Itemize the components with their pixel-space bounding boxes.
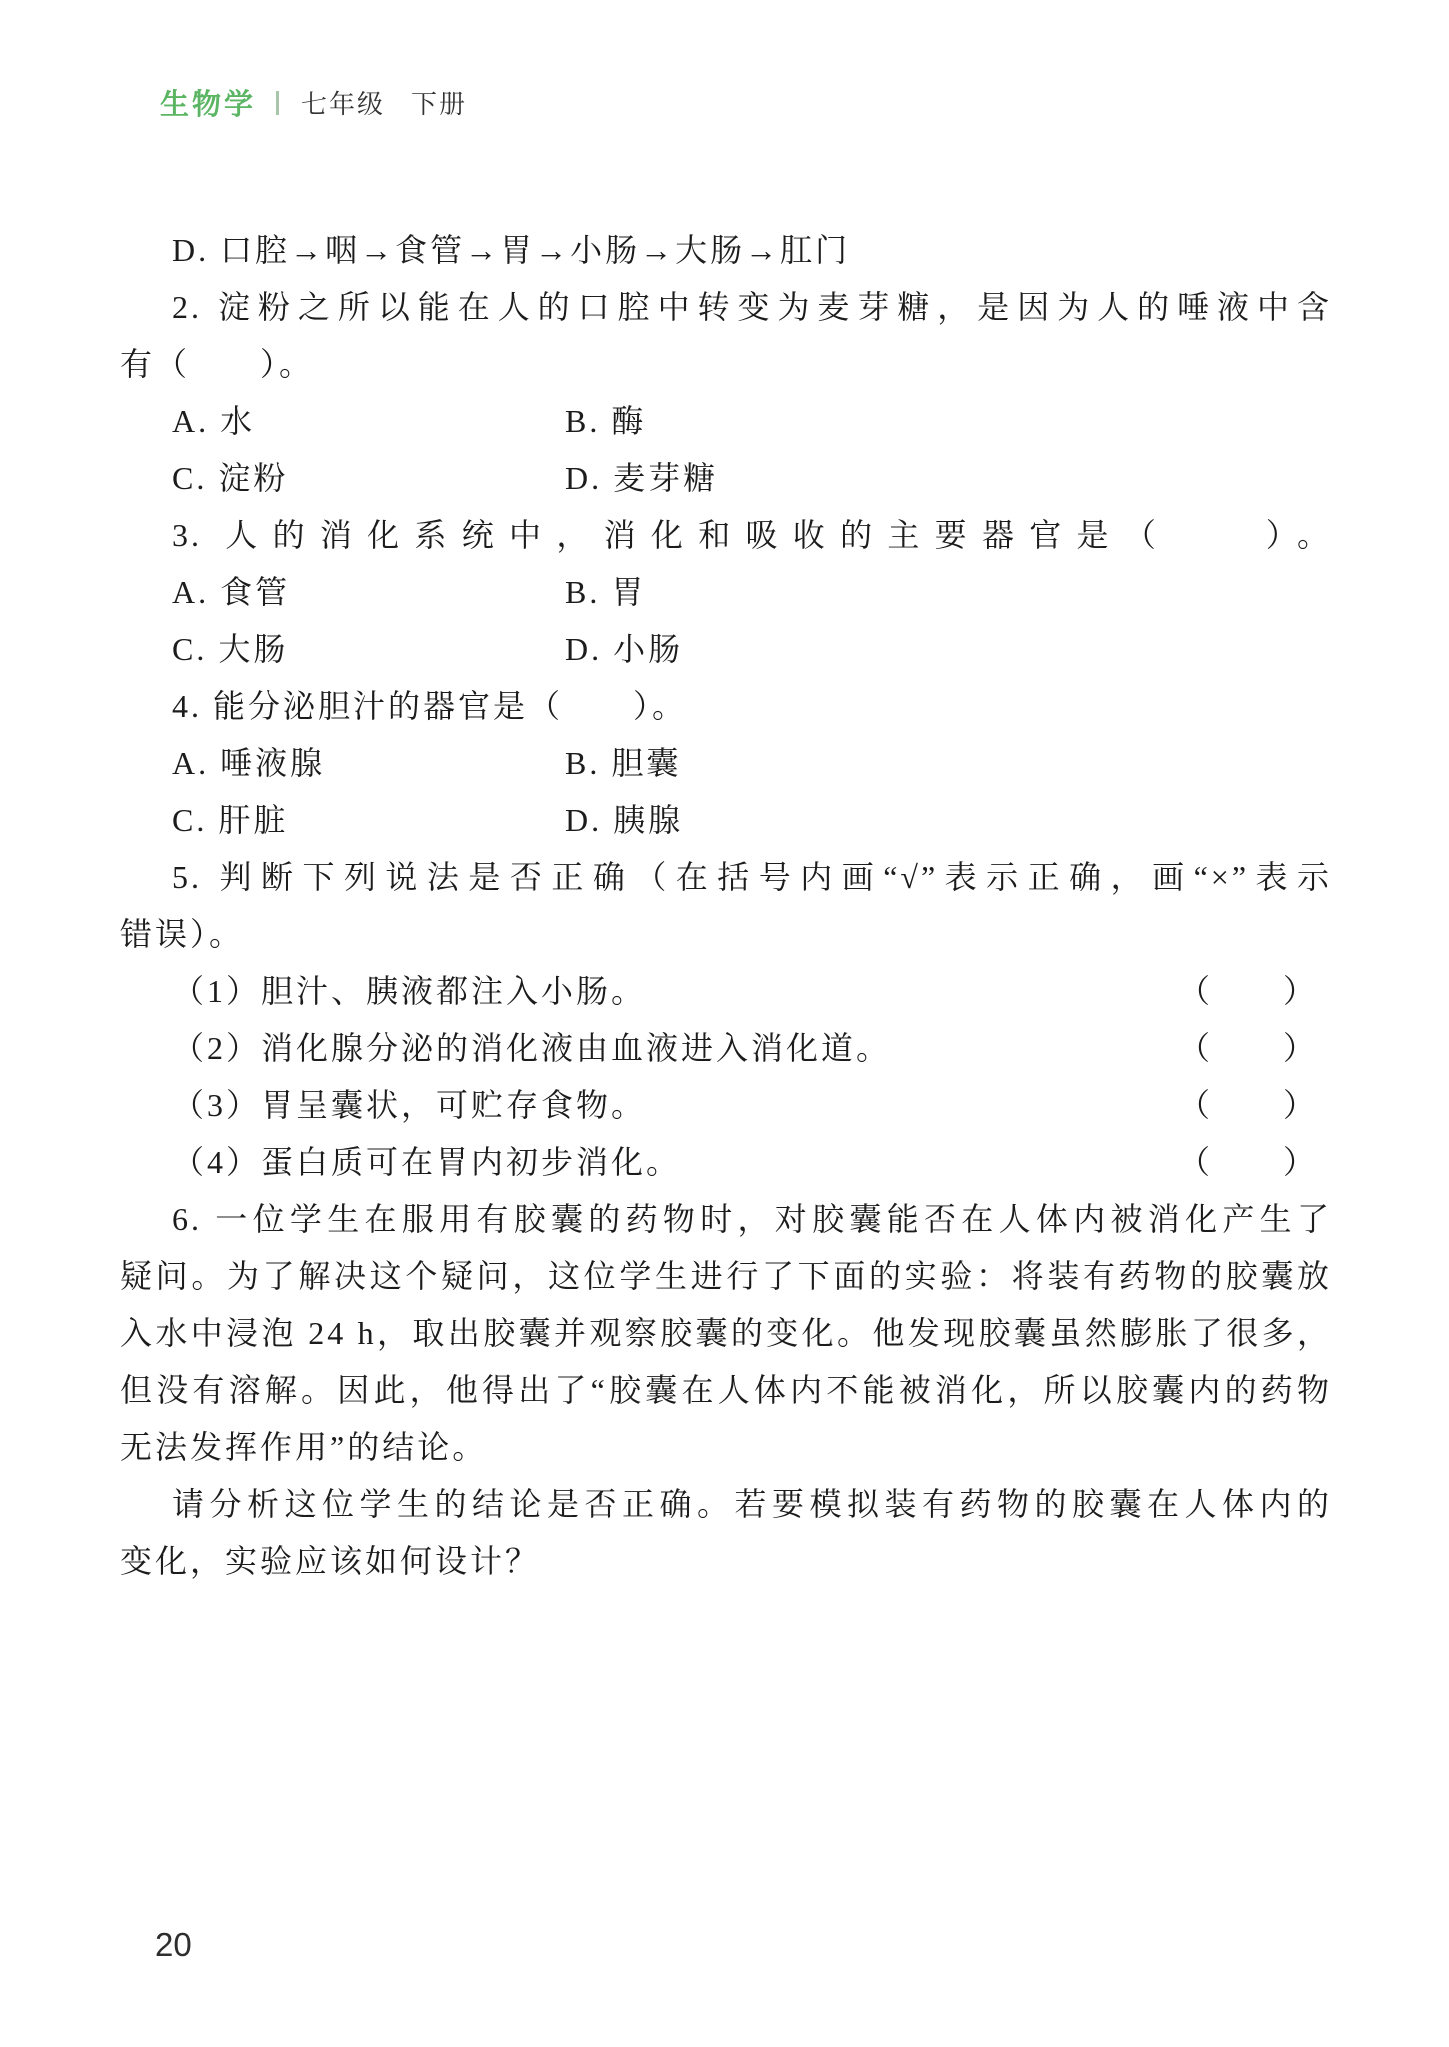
q4-option-c: C. 肝脏 — [172, 792, 565, 849]
q3-option-b: B. 胃 — [565, 564, 1332, 621]
q5-item-2-answer-blank: （ ） — [1178, 1020, 1318, 1077]
q2-stem-line2: 有（ ）。 — [120, 336, 1332, 393]
q5-item-4-text: （4）蛋白质可在胃内初步消化。 — [172, 1134, 681, 1191]
q5-item-2-text: （2）消化腺分泌的消化液由血液进入消化道。 — [172, 1020, 891, 1077]
q2-stem-line1: 2. 淀粉之所以能在人的口腔中转变为麦芽糖，是因为人的唾液中含 — [120, 279, 1332, 336]
page-header: 生物学 七年级 下册 — [160, 82, 467, 123]
q5-item-3: （3）胃呈囊状，可贮存食物。 （ ） — [120, 1077, 1332, 1134]
header-divider — [276, 91, 279, 115]
q5-stem-line1: 5. 判断下列说法是否正确（在括号内画“√”表示正确，画“×”表示 — [120, 849, 1332, 906]
q5-stem-line2: 错误）。 — [120, 906, 1332, 963]
q6-line2: 疑问。为了解决这个疑问，这位学生进行了下面的实验：将装有药物的胶囊放 — [120, 1248, 1332, 1305]
q2-option-c: C. 淀粉 — [172, 450, 565, 507]
q3-options-row-1: A. 食管 B. 胃 — [120, 564, 1332, 621]
q5-item-4: （4）蛋白质可在胃内初步消化。 （ ） — [120, 1134, 1332, 1191]
q5-item-2: （2）消化腺分泌的消化液由血液进入消化道。 （ ） — [120, 1020, 1332, 1077]
textbook-page: 生物学 七年级 下册 D. 口腔→咽→食管→胃→小肠→大肠→肛门 2. 淀粉之所… — [0, 0, 1449, 2047]
closing-line1: 请分析这位学生的结论是否正确。若要模拟装有药物的胶囊在人体内的 — [120, 1476, 1332, 1533]
q2-option-d: D. 麦芽糖 — [565, 450, 1332, 507]
q2-option-a: A. 水 — [172, 393, 565, 450]
exercise-content: D. 口腔→咽→食管→胃→小肠→大肠→肛门 2. 淀粉之所以能在人的口腔中转变为… — [120, 222, 1332, 1590]
q5-item-1: （1）胆汁、胰液都注入小肠。 （ ） — [120, 963, 1332, 1020]
q2-option-b: B. 酶 — [565, 393, 1332, 450]
q3-option-c: C. 大肠 — [172, 621, 565, 678]
q5-item-1-text: （1）胆汁、胰液都注入小肠。 — [172, 963, 646, 1020]
q3-option-d: D. 小肠 — [565, 621, 1332, 678]
q2-options-row-1: A. 水 B. 酶 — [120, 393, 1332, 450]
q5-item-1-answer-blank: （ ） — [1178, 963, 1318, 1020]
q4-options-row-1: A. 唾液腺 B. 胆囊 — [120, 735, 1332, 792]
q6-line3: 入水中浸泡 24 h，取出胶囊并观察胶囊的变化。他发现胶囊虽然膨胀了很多， — [120, 1305, 1332, 1362]
q4-option-a: A. 唾液腺 — [172, 735, 565, 792]
q5-item-3-text: （3）胃呈囊状，可贮存食物。 — [172, 1077, 646, 1134]
closing-line2: 变化，实验应该如何设计？ — [120, 1533, 1332, 1590]
q3-stem: 3. 人的消化系统中，消化和吸收的主要器官是（ ）。 — [120, 507, 1332, 564]
q4-option-d: D. 胰腺 — [565, 792, 1332, 849]
q6-line4: 但没有溶解。因此，他得出了“胶囊在人体内不能被消化，所以胶囊内的药物 — [120, 1362, 1332, 1419]
q3-options-row-2: C. 大肠 D. 小肠 — [120, 621, 1332, 678]
page-number: 20 — [155, 1926, 192, 1964]
q6-line5: 无法发挥作用”的结论。 — [120, 1419, 1332, 1476]
option-d-line: D. 口腔→咽→食管→胃→小肠→大肠→肛门 — [120, 222, 1332, 279]
q5-item-4-answer-blank: （ ） — [1178, 1134, 1318, 1191]
grade-label: 七年级 — [301, 84, 385, 121]
q3-option-a: A. 食管 — [172, 564, 565, 621]
volume-label: 下册 — [411, 84, 467, 121]
q5-item-3-answer-blank: （ ） — [1178, 1077, 1318, 1134]
q4-option-b: B. 胆囊 — [565, 735, 1332, 792]
q6-line1: 6. 一位学生在服用有胶囊的药物时，对胶囊能否在人体内被消化产生了 — [120, 1191, 1332, 1248]
q2-options-row-2: C. 淀粉 D. 麦芽糖 — [120, 450, 1332, 507]
q4-options-row-2: C. 肝脏 D. 胰腺 — [120, 792, 1332, 849]
q4-stem: 4. 能分泌胆汁的器官是（ ）。 — [120, 678, 1332, 735]
subject-title: 生物学 — [160, 82, 256, 123]
